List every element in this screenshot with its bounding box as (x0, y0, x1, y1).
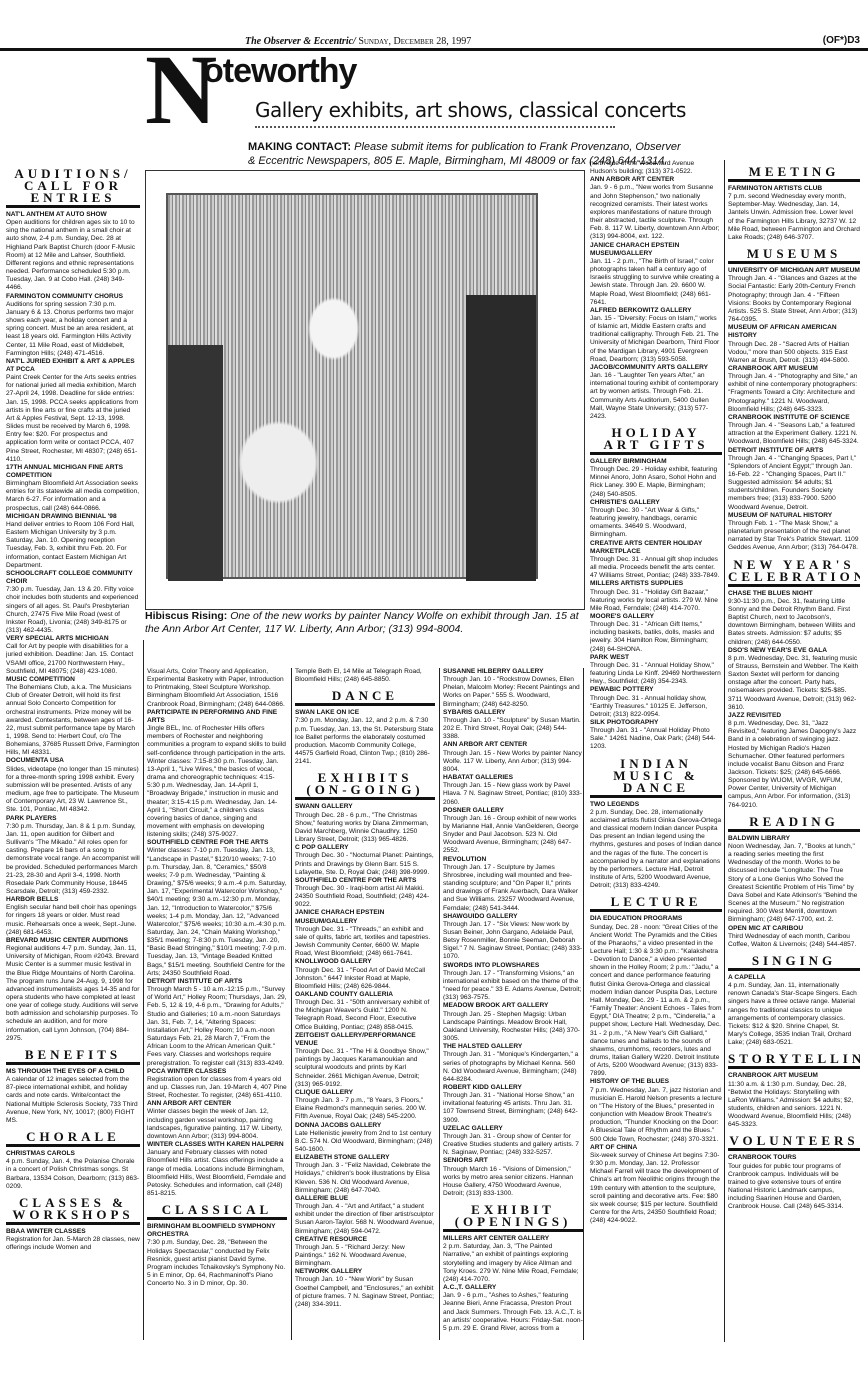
listing-title: Swann Gallery (295, 803, 435, 811)
issue-date: Sunday, December 28, 1997 (358, 36, 471, 47)
listing-entry: Detroit Institute of ArtsThrough Jan. 4 … (728, 447, 860, 512)
listing-text: Late Hellenistic jewelry from 2nd to 1st… (295, 1130, 435, 1154)
listing-entry: Millers Artists SuppliesThrough Dec. 31 … (590, 580, 722, 613)
listing-title: Ann Arbor Art Center (147, 1100, 287, 1108)
listing-title: Brevard Music Center Auditions (6, 937, 140, 945)
listing-entry: north side of the Woodward Avenue Hudson… (590, 160, 722, 176)
listing-text: Through Jan. 17 - Sculpture by James Shr… (443, 864, 583, 913)
caption-title: Hibiscus Rising: (145, 610, 227, 622)
section-heading: INDIAN MUSIC & DANCE (590, 758, 722, 798)
listing-entry: Creative Arts Center Holiday Marketplace… (590, 540, 722, 581)
listing-entry: Temple Beth El, 14 Mile at Telegraph Roa… (295, 668, 435, 684)
listing-entry: Robert Kidd GalleryThrough Jan. 31 - "Na… (443, 1084, 583, 1125)
photo-frame (145, 170, 585, 610)
listing-text: Jingle BEL, Inc. of Rochester Hills offe… (147, 725, 287, 839)
listing-title: Network Gallery (295, 1268, 435, 1276)
listing-title: Two Legends (590, 801, 722, 809)
listing-text: Through Dec. 30 - "Art Wear & Gifts," fe… (590, 507, 722, 540)
listing-text: 8 p.m. Wednesday, Dec. 31, featuring mus… (728, 655, 860, 712)
listing-entry: Swords into PlowsharesThrough Jan. 17 - … (443, 962, 583, 1003)
listing-title: Janice Charach Epstein Museum/Gallery (590, 242, 722, 258)
listing-text: Through Dec. 31 - "Food Art of David McC… (295, 967, 435, 991)
listing-title: Cranbrook Tours (728, 1154, 860, 1162)
listing-entry: Jacob/Community Arts GalleryJan. 16 - "L… (590, 364, 722, 421)
listing-text: Birmingham Bloomfield Art Association se… (6, 480, 140, 513)
contact-label: MAKING CONTACT: (248, 141, 351, 153)
listing-entry: Clique GalleryThrough Jan. 3 - 7 p.m., "… (295, 1089, 435, 1122)
listing-title: Michigan Drawing Biennial '98 (6, 513, 140, 521)
listing-title: Knollwood Gallery (295, 958, 435, 966)
listing-text: Third Wednesday of each month, Caribou C… (728, 933, 860, 949)
listing-text: Through Dec. 28 - "Sacred Arts of Haitia… (728, 341, 860, 365)
listing-text: Winter classes begin the week of Jan. 12… (147, 1108, 287, 1141)
listing-text: Winter classes: 7-10 p.m. Tuesday, Jan. … (147, 847, 287, 978)
listing-title: Gallery Birmingham (590, 458, 722, 466)
listing-title: Creative Arts Center Holiday Marketplace (590, 540, 722, 556)
listing-title: Pewabic Pottery (590, 686, 722, 694)
section-heading: EXHIBIT (OPENINGS) (443, 1204, 583, 1232)
listing-text: Through Jan. 3 - "Feliz Navidad, Celebra… (295, 1162, 435, 1195)
listing-title: Habatat Galleries (443, 774, 583, 782)
section-subtitle: Gallery exhibits, art shows, classical c… (255, 98, 686, 122)
section-heading: AUDITIONS/ CALL FOR ENTRIES (6, 168, 140, 208)
listing-title: The Halsted Gallery (443, 1043, 583, 1051)
listing-title: Participate in Performing and Fine Arts (147, 709, 287, 725)
listing-text: 7:30 p.m. Monday, Jan. 12, and 2 p.m. & … (295, 717, 435, 766)
listing-text: Jan. 16 - "Laughter Ten years After," an… (590, 372, 722, 421)
section-heading: SINGING (728, 955, 860, 971)
listing-title: Museum of Natural History (728, 512, 860, 520)
listing-title: Farmington Community Chorus (6, 293, 140, 301)
listing-entry: Documenta USASlides, videotape (no longe… (6, 757, 140, 814)
listing-entry: Birmingham Bloomfield Symphony Orchestra… (147, 1223, 287, 1288)
photo-caption: Hibiscus Rising: One of the new works by… (145, 610, 585, 636)
listing-text: Through Jan. 31 - "National Horse Show,"… (443, 1092, 583, 1125)
listing-entry: Farmington Artists Club7 p.m. second Wed… (728, 185, 860, 242)
listing-entry: Park Players7:30 p.m. Thursday, Jan. 8 &… (6, 815, 140, 897)
listing-text: 9:30-11:30 p.m., Dec. 31, featuring Litt… (728, 598, 860, 647)
listing-title: Detroit Institute of Arts (147, 978, 287, 986)
listing-title: Elizabeth Stone Gallery (295, 1154, 435, 1162)
listing-text: Through Jan. 31 - "Monique's Kindergarte… (443, 1051, 583, 1084)
listing-entry: Janice Charach Epstein Museum/GalleryJan… (590, 242, 722, 307)
listing-entry: 17th Annual Michigan Fine Arts Competiti… (6, 464, 140, 513)
listing-title: Art of China (590, 1144, 722, 1152)
listing-text: Tour guides for public tour programs of … (728, 1163, 860, 1212)
listing-title: Meadow Brook Art Gallery (443, 1002, 583, 1010)
column-4: Susanne Hilberry GalleryThrough Jan. 10 … (443, 668, 583, 1340)
section-heading: STORYTELLING (728, 1053, 860, 1069)
listing-title: History of the Blues (590, 1078, 722, 1086)
listing-entry: Moore's GalleryThrough Dec. 31 - "Africa… (590, 613, 722, 654)
listing-title: DSO's New Year's Eve Gala (728, 647, 860, 655)
section-heading: CHORALE (6, 1131, 140, 1147)
listing-entry: DSO's New Year's Eve Gala8 p.m. Wednesda… (728, 647, 860, 712)
listing-text: 2 p.m. Sunday, Dec. 28, internationally … (590, 809, 722, 891)
listing-entry: Janice Charach Epstein Museum/GalleryThr… (295, 909, 435, 958)
listing-entry: Music CompetitionThe Bohemians Club, a.k… (6, 676, 140, 758)
listing-entry: A Capella4 p.m. Sunday, Jan. 11, interna… (728, 974, 860, 1047)
column-6: MEETINGFarmington Artists Club7 p.m. sec… (728, 160, 860, 1342)
section-heading: NEW YEAR'S CELEBRATIONS (728, 559, 860, 587)
listing-entry: Uzelac GalleryThrough Jan. 31 - Group sh… (443, 1125, 583, 1158)
column-rule (583, 668, 584, 1340)
listing-title: Swords into Plowshares (443, 962, 583, 970)
listing-text: Through Jan. 4 - "Photography and Site,"… (728, 373, 860, 414)
listing-entry: Gallerie BlueThrough Jan. 4 - "Art and A… (295, 1195, 435, 1236)
listing-entry: C Pop GalleryThrough Dec. 30 - "Nocturna… (295, 844, 435, 877)
listing-text: Through Jan. 15 - New Works by painter N… (443, 750, 583, 774)
listing-title: Winter Classes with Karen Halpern (147, 1141, 287, 1149)
listing-text: Through March 16 - "Visions of Dimension… (443, 1166, 583, 1199)
listing-title: Revolution (443, 856, 583, 864)
section-header: N oteworthy Gallery exhibits, art shows,… (145, 50, 705, 130)
listing-entry: Elizabeth Stone GalleryThrough Jan. 3 - … (295, 1154, 435, 1195)
listing-entry: Millers Art Center Gallery2 p.m. Saturda… (443, 1235, 583, 1284)
listing-entry: Ann Arbor Art CenterJan. 9 - 6 p.m., "Ne… (590, 176, 722, 241)
listing-title: BBAA Winter Classes (6, 1228, 140, 1236)
listing-entry: Harbor BellsEnglish secular hand bell ch… (6, 896, 140, 937)
listing-title: Chase the Blues Night (728, 590, 860, 598)
listing-title: Sybaris Gallery (443, 709, 583, 717)
listing-text: Hand deliver entries to Room 106 Ford Ha… (6, 521, 140, 570)
listing-entry: Two Legends2 p.m. Sunday, Dec. 28, inter… (590, 801, 722, 891)
listing-title: Shawguido Gallery (443, 913, 583, 921)
listing-text: Through Jan. 25 - Stephen Magsig: Urban … (443, 1011, 583, 1044)
listing-title: Christie's Gallery (590, 499, 722, 507)
listing-entry: University of Michigan Art MuseumThrough… (728, 267, 860, 324)
listing-entry: Cranbrook ToursTour guides for public to… (728, 1154, 860, 1211)
listing-text: Through Dec. 31 - "Holiday Gift Bazaar,"… (590, 589, 722, 613)
listing-title: Cranbrook Institute of Science (728, 414, 860, 422)
listing-text: 7:30 p.m. Sunday, Dec. 28, "Between the … (147, 1239, 287, 1288)
listing-text: Through Jan. 15 - New glass work by Pave… (443, 782, 583, 806)
listing-title: Millers Art Center Gallery (443, 1235, 583, 1243)
section-heading: MEETING (728, 166, 860, 182)
listing-entry: Donna Jacobs GalleryLate Hellenistic jew… (295, 1122, 435, 1155)
listing-text: Through Jan. 4 - "Seasons Lab," a featur… (728, 422, 860, 446)
listing-entry: Pewabic PotteryThrough Dec. 31 - Annual … (590, 686, 722, 719)
listing-text: Registration open for classes from 4 yea… (147, 1076, 287, 1100)
listing-text: Through Jan. 10 - "Sculpture" by Susan M… (443, 717, 583, 741)
listing-title: University of Michigan Art Museum (728, 267, 860, 275)
masthead: The Observer & Eccentric/ Sunday, Decemb… (0, 28, 868, 48)
photo-shadow-right (466, 295, 536, 581)
listing-title: Birmingham Bloomfield Symphony Orchestra (147, 1223, 287, 1239)
listing-title: Harbor Bells (6, 896, 140, 904)
listing-text: 4 p.m. Sunday, Jan. 11, internationally … (728, 982, 860, 1047)
listing-text: Jan. 9 - 6 p.m., "New works from Susanne… (590, 184, 722, 241)
section-heading: READING (728, 816, 860, 832)
listing-entry: Chase the Blues Night9:30-11:30 p.m., De… (728, 590, 860, 647)
listing-entry: DIA Education ProgramsSunday, Dec. 28 - … (590, 915, 722, 1078)
listing-text: Slides, videotape (no longer than 15 min… (6, 766, 140, 815)
listing-text: Paint Creek Center for the Arts seeks en… (6, 374, 140, 464)
listing-entry: Cranbrook Art Museum11:30 a.m. & 1:30 p.… (728, 1072, 860, 1129)
listing-text: Auditions for spring session 7:30 p.m. J… (6, 301, 140, 358)
listing-text: Through Jan. 4 - "Art and Artifact," a s… (295, 1203, 435, 1236)
listing-title: Alfred Berkowitz Gallery (590, 307, 722, 315)
listing-text: Jan. 11 - 2 p.m., "The Birth of Israel,"… (590, 258, 722, 307)
listing-title: Donna Jacobs Gallery (295, 1122, 435, 1130)
listing-entry: Park WestThrough Dec. 31 - "Annual Holid… (590, 654, 722, 687)
listing-title: Museum of African American History (728, 324, 860, 340)
listing-text: Through Jan. 31 - "Annual Holiday Photo … (590, 727, 722, 751)
section-heading: EXHIBITS (ON-GOING) (295, 772, 435, 800)
listing-text: 7:30 p.m. Tuesday, Jan. 13 & 20. Fifty v… (6, 586, 140, 635)
listing-entry: Art of ChinaSix-week survey of Chinese A… (590, 1144, 722, 1226)
listing-title: Silk Photography (590, 719, 722, 727)
section-heading: MUSEUMS (728, 248, 860, 264)
listing-text: Open auditions for children ages six to … (6, 219, 140, 292)
listing-title: Park Players (6, 815, 140, 823)
listing-entry: Winter Classes with Karen HalpernJanuary… (147, 1141, 287, 1198)
listing-entry: Susanne Hilberry GalleryThrough Jan. 10 … (443, 668, 583, 709)
section-heading: HOLIDAY ART GIFTS (590, 427, 722, 455)
listing-entry: Meadow Brook Art GalleryThrough Jan. 25 … (443, 1002, 583, 1043)
column-rule (439, 668, 440, 1340)
listing-text: Through Dec. 31 - "Annual Holiday Show,"… (590, 662, 722, 686)
listing-entry: Seniors ArtThrough March 16 - "Visions o… (443, 1157, 583, 1198)
listing-entry: RevolutionThrough Jan. 17 - Sculpture by… (443, 856, 583, 913)
listing-text: Through Dec. 29 - Holiday exhibit, featu… (590, 466, 722, 499)
listing-text: January and February classes with noted … (147, 1149, 287, 1198)
listing-text: 4 p.m. Sunday, Jan. 4, the Polanise Chor… (6, 1158, 140, 1191)
listing-text: 7 p.m. second Wednesday every month, Sep… (728, 193, 860, 242)
listing-entry: Southfield Centre for the ArtsWinter cla… (147, 839, 287, 978)
section-heading: BENEFITS (6, 1049, 140, 1065)
listing-entry: Swann GalleryThrough Dec. 28 - 6 p.m., "… (295, 803, 435, 844)
listing-title: 17th Annual Michigan Fine Arts Competiti… (6, 464, 140, 480)
listing-entry: Shawguido GalleryThrough Jan. 17 - "Six … (443, 913, 583, 962)
listing-entry: The Halsted GalleryThrough Jan. 31 - "Mo… (443, 1043, 583, 1084)
section-heading: CLASSICAL (147, 1204, 287, 1220)
listing-title: A Capella (728, 974, 860, 982)
listing-title: Ann Arbor Art Center (443, 741, 583, 749)
listing-title: Park West (590, 654, 722, 662)
listing-entry: Detroit Institute of ArtsThrough March 5… (147, 978, 287, 1068)
listing-title: Jacob/Community Arts Gallery (590, 364, 722, 372)
listing-entry: Network GalleryThrough Jan. 10 - "New Wo… (295, 1268, 435, 1309)
listing-title: Creative Resource (295, 1236, 435, 1244)
listing-entry: Posner GalleryThrough Jan. 16 - Group ex… (443, 807, 583, 856)
painting-photo (166, 193, 538, 579)
listing-entry: Gallery BirminghamThrough Dec. 29 - Holi… (590, 458, 722, 499)
listing-text: Jan. 15 - "Diversity: Focus on Islam," w… (590, 315, 722, 364)
listing-entry: Museum of Natural HistoryThrough Feb. 1 … (728, 512, 860, 553)
listing-entry: Southfield Centre for the ArtsThrough De… (295, 877, 435, 910)
listing-text: Noon Wednesday, Jan. 7, "Books at lunch,… (728, 843, 860, 925)
listing-text: Through Feb. 1 - "The Mask Show," a plan… (728, 520, 860, 553)
listing-text: 11:30 a.m. & 1:30 p.m. Sunday, Dec. 28, … (728, 1081, 860, 1130)
listing-text: Registration for Jan. 5-March 28 classes… (6, 1236, 140, 1252)
listing-title: Gallerie Blue (295, 1195, 435, 1203)
listing-title: Clique Gallery (295, 1089, 435, 1097)
listing-title: Janice Charach Epstein Museum/Gallery (295, 909, 435, 925)
column-rule (724, 160, 725, 1342)
listing-entry: Alfred Berkowitz GalleryJan. 15 - "Diver… (590, 307, 722, 364)
listing-title: C Pop Gallery (295, 844, 435, 852)
listing-title: Open Mic at Caribou (728, 925, 860, 933)
column-rule (291, 668, 292, 1340)
listing-title: Zeitgeist Gallery/Performance Venue (295, 1032, 435, 1048)
listing-text: 7 p.m. Wednesday, Jan. 7, jazz historian… (590, 1087, 722, 1144)
listing-entry: Cranbrook Art MuseumThrough Jan. 4 - "Ph… (728, 365, 860, 414)
listing-title: Schoolcraft College Community Choir (6, 570, 140, 586)
listing-entry: BBAA Winter ClassesRegistration for Jan.… (6, 1228, 140, 1252)
listing-entry: Museum of African American HistoryThroug… (728, 324, 860, 365)
listing-title: Swan Lake on Ice (295, 709, 435, 717)
listing-entry: MS Through the Eyes of a ChildA calendar… (6, 1068, 140, 1125)
listing-title: MS Through the Eyes of a Child (6, 1068, 140, 1076)
listing-title: Baldwin Library (728, 835, 860, 843)
listing-text: Through Dec. 31 - "50th anniversary exhi… (295, 999, 435, 1032)
section-heading: DANCE (295, 690, 435, 706)
listing-text: Sunday, Dec. 28 - noon: "Great Cities of… (590, 924, 722, 1079)
listing-text: Through Jan. 4 - "Glances and Gazes at t… (728, 275, 860, 324)
listing-title: Susanne Hilberry Gallery (443, 668, 583, 676)
listing-entry: Habatat GalleriesThrough Jan. 15 - New g… (443, 774, 583, 807)
listing-entry: Open Mic at CaribouThird Wednesday of ea… (728, 925, 860, 949)
photo-shadow-left (168, 345, 223, 581)
listing-text: Through March 5 - 10 a.m.-12:15 p.m., "S… (147, 986, 287, 1068)
column-2: Visual Arts, Color Theory and Applicatio… (147, 668, 287, 1340)
listing-text: north side of the Woodward Avenue Hudson… (590, 160, 722, 176)
listing-text: Through Jan. 16 - Group exhibit of new w… (443, 815, 583, 856)
listing-text: English secular hand bell choir has open… (6, 904, 140, 937)
listing-title: Millers Artists Supplies (590, 580, 722, 588)
section-heading: LECTURE (590, 896, 722, 912)
listing-entry: Ann Arbor Art CenterWinter classes begin… (147, 1100, 287, 1141)
listing-entry: Nat'l Anthem at Auto ShowOpen auditions … (6, 211, 140, 293)
listing-title: Seniors Art (443, 1157, 583, 1165)
listing-text: The Bohemians Club, a.k.a. The Musicians… (6, 684, 140, 757)
listing-entry: Schoolcraft College Community Choir7:30 … (6, 570, 140, 635)
listing-entry: Nat'l Juried Exhibit & Art & Apples at P… (6, 358, 140, 464)
listing-title: Cranbrook Art Museum (728, 365, 860, 373)
listing-title: Christmas Carols (6, 1150, 140, 1158)
listing-text: Visual Arts, Color Theory and Applicatio… (147, 668, 287, 709)
listing-entry: Very Special Arts MichiganCall for Art b… (6, 635, 140, 676)
listing-entry: A.C.,T. GalleryJan. 9 - 6 p.m., "Ashes t… (443, 1284, 583, 1333)
column-1: AUDITIONS/ CALL FOR ENTRIESNat'l Anthem … (6, 162, 140, 1342)
listing-title: Farmington Artists Club (728, 185, 860, 193)
listing-title: Music Competition (6, 676, 140, 684)
page-number: (OF*)D3 (823, 35, 860, 46)
listing-entry: Jazz Revisited8 p.m. Wednesday, Dec. 31,… (728, 712, 860, 810)
listing-entry: Creative ResourceThrough Jan. 5 - "Richa… (295, 1236, 435, 1269)
listing-title: Southfield Centre for the Arts (295, 877, 435, 885)
listing-entry: Ann Arbor Art CenterThrough Jan. 15 - Ne… (443, 741, 583, 774)
listing-text: Through Jan. 17 - "Six Views: New work b… (443, 921, 583, 962)
listing-title: Southfield Centre for the Arts (147, 839, 287, 847)
listing-entry: Zeitgeist Gallery/Performance VenueThrou… (295, 1032, 435, 1089)
listing-title: Moore's Gallery (590, 613, 722, 621)
listing-title: PCCA Winter Classes (147, 1068, 287, 1076)
listing-title: Documenta USA (6, 757, 140, 765)
listing-entry: Michigan Drawing Biennial '98Hand delive… (6, 513, 140, 570)
listing-text: Temple Beth El, 14 Mile at Telegraph Roa… (295, 668, 435, 684)
column-3: Temple Beth El, 14 Mile at Telegraph Roa… (295, 668, 435, 1340)
column-rule (143, 640, 144, 1340)
listing-text: Regional auditions 4-7 p.m. Sunday, Jan.… (6, 945, 140, 1043)
listing-title: A.C.,T. Gallery (443, 1284, 583, 1292)
listing-entry: Participate in Performing and Fine ArtsJ… (147, 709, 287, 840)
listing-text: Through Jan. 10 - "Rockstrow Downes, Ell… (443, 676, 583, 709)
listing-text: Through Dec. 30 - Iraqi-born artist Ali … (295, 885, 435, 909)
listing-text: Through Dec. 31 - Annual gift shop inclu… (590, 556, 722, 580)
listing-text: Through Jan. 3 - 7 p.m., "8 Years, 3 Flo… (295, 1097, 435, 1121)
listing-title: Jazz Revisited (728, 712, 860, 720)
listing-title: Nat'l Anthem at Auto Show (6, 211, 140, 219)
listing-entry: Swan Lake on Ice7:30 p.m. Monday, Jan. 1… (295, 709, 435, 766)
column-5: north side of the Woodward Avenue Hudson… (590, 160, 722, 1342)
listing-entry: Baldwin LibraryNoon Wednesday, Jan. 7, "… (728, 835, 860, 925)
listing-entry: Christie's GalleryThrough Dec. 30 - "Art… (590, 499, 722, 540)
listing-entry: Cranbrook Institute of ScienceThrough Ja… (728, 414, 860, 447)
listing-entry: Farmington Community ChorusAuditions for… (6, 293, 140, 358)
dotted-rule (255, 126, 615, 128)
listing-entry: Oakland County GalleriaThrough Dec. 31 -… (295, 991, 435, 1032)
section-heading: CLASSES & WORKSHOPS (6, 1197, 140, 1225)
paper-name: The Observer & Eccentric/ (245, 36, 356, 47)
listing-text: Call for Art by people with disabilities… (6, 643, 140, 676)
listing-title: Ann Arbor Art Center (590, 176, 722, 184)
listing-text: Through Jan. 5 - "Richard Jerzy: New Pai… (295, 1244, 435, 1268)
listing-text: Through Dec. 28 - 6 p.m., "The Christmas… (295, 812, 435, 845)
listing-title: Robert Kidd Gallery (443, 1084, 583, 1092)
listing-text: Through Jan. 10 - "New Work" by Susan Go… (295, 1276, 435, 1309)
listing-text: A calendar of 12 images selected from th… (6, 1076, 140, 1125)
listing-title: Nat'l Juried Exhibit & Art & Apples at P… (6, 358, 140, 374)
listing-text: Through Jan. 17 - "Transforming Visions,… (443, 970, 583, 1003)
listing-title: Very Special Arts Michigan (6, 635, 140, 643)
listing-title: Uzelac Gallery (443, 1125, 583, 1133)
listing-text: Through Jan. 4 - "Changing Spaces, Part … (728, 455, 860, 512)
listing-text: Through Dec. 31 - "Threads," an exhibit … (295, 926, 435, 959)
listing-text: Through Dec. 31 - "African Gift Items," … (590, 621, 722, 654)
listing-entry: Visual Arts, Color Theory and Applicatio… (147, 668, 287, 709)
listing-text: Through Dec. 31 - Annual holiday show, "… (590, 695, 722, 719)
listing-title: Detroit Institute of Arts (728, 447, 860, 455)
listing-entry: Sybaris GalleryThrough Jan. 10 - "Sculpt… (443, 709, 583, 742)
section-heading: VOLUNTEERS (728, 1135, 860, 1151)
listing-entry: Brevard Music Center AuditionsRegional a… (6, 937, 140, 1043)
listing-text: 2 p.m. Saturday, Jan. 3, "The Painted Na… (443, 1243, 583, 1284)
listing-entry: Knollwood GalleryThrough Dec. 31 - "Food… (295, 958, 435, 991)
listing-text: Through Dec. 30 - "Nocturnal Planet: Pai… (295, 852, 435, 876)
listing-title: Cranbrook Art Museum (728, 1072, 860, 1080)
listing-title: Posner Gallery (443, 807, 583, 815)
listing-entry: Silk PhotographyThrough Jan. 31 - "Annua… (590, 719, 722, 752)
listing-entry: PCCA Winter ClassesRegistration open for… (147, 1068, 287, 1101)
listing-text: Jan. 9 - 6 p.m., "Ashes to Ashes," featu… (443, 1292, 583, 1333)
listing-entry: Christmas Carols4 p.m. Sunday, Jan. 4, t… (6, 1150, 140, 1191)
listing-entry: History of the Blues7 p.m. Wednesday, Ja… (590, 1078, 722, 1143)
listing-text: 8 p.m. Wednesday, Dec. 31, "Jazz Revisit… (728, 720, 860, 810)
masthead-title: The Observer & Eccentric/ Sunday, Decemb… (245, 36, 471, 47)
listing-text: Through Jan. 31 - Group show of Center f… (443, 1133, 583, 1157)
listing-title: DIA Education Programs (590, 915, 722, 923)
listing-text: 7:30 p.m. Thursday, Jan. 8 & 1 p.m. Sund… (6, 823, 140, 896)
section-title: oteworthy (203, 54, 356, 88)
listing-text: Through Dec. 31 - "The Hi & Goodbye Show… (295, 1048, 435, 1089)
listing-text: Six-week survey of Chinese Art begins 7:… (590, 1152, 722, 1225)
listing-title: Oakland County Galleria (295, 991, 435, 999)
